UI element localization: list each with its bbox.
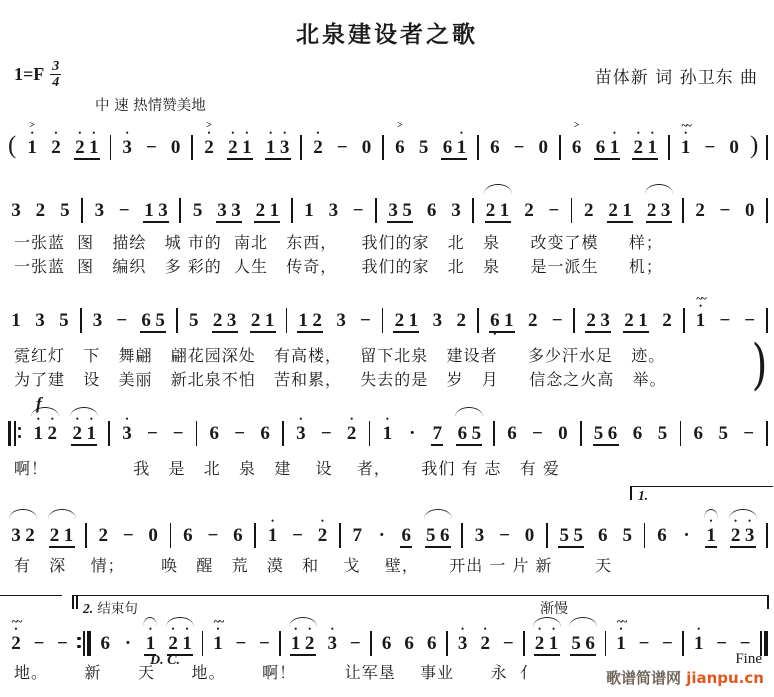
volta-2-bracket: 2. 结束句: [72, 595, 769, 618]
note-group: −: [549, 293, 566, 338]
note-digit: 6: [572, 137, 582, 159]
note-group: 6•1: [592, 120, 622, 165]
note-digit: −: [123, 525, 134, 547]
repeat-dots: [18, 427, 21, 446]
note: 5: [193, 183, 203, 228]
note-group: ~~•2: [8, 616, 24, 661]
note: −: [360, 293, 371, 338]
note: •2: [313, 120, 323, 165]
note-digit: 1: [146, 633, 156, 655]
note-group: 6: [379, 616, 395, 661]
note-digit: −: [743, 423, 754, 445]
beam-underline: [585, 331, 611, 333]
note-group: 0: [521, 508, 537, 553]
barline: [766, 523, 768, 548]
note-digit: 2: [251, 310, 261, 332]
note: −: [639, 616, 650, 661]
note: 6: [598, 508, 608, 553]
note: 5: [59, 293, 69, 338]
note-group: −: [636, 616, 653, 661]
note-digit: 6: [608, 423, 618, 445]
note-group: −: [713, 616, 730, 661]
note-group: −: [120, 508, 137, 553]
note-digit: −: [744, 310, 755, 332]
note-group: −: [256, 616, 273, 661]
note-group: 5: [57, 183, 73, 228]
note-digit: 5: [573, 525, 583, 547]
beam-underline: [143, 221, 169, 223]
note-group: 0: [742, 183, 758, 228]
note: 2: [524, 183, 534, 228]
note: ~~•1: [616, 616, 626, 661]
note-group: 2: [525, 293, 541, 338]
note-digit: 2: [51, 137, 61, 159]
note: 2: [98, 508, 108, 553]
note: 0: [558, 406, 568, 451]
beam-underline: [140, 331, 166, 333]
note: −: [116, 293, 127, 338]
note: •2: [51, 120, 61, 165]
barline: [370, 631, 372, 656]
note: 6: [657, 508, 667, 553]
note-digit: 7: [352, 525, 362, 547]
note: ~~•1: [681, 120, 691, 165]
beam-underline: [400, 546, 412, 548]
barline: [580, 421, 582, 446]
note-group: 0: [168, 120, 184, 165]
note-group: •2: [48, 120, 64, 165]
note-group: •3: [293, 406, 309, 451]
beam-underline: [216, 221, 242, 223]
note-digit: 6: [458, 423, 468, 445]
beam-underline: [250, 331, 276, 333]
beam-underline: [705, 546, 717, 548]
note-group: −: [511, 120, 528, 165]
note-group: 2: [453, 293, 469, 338]
note-digit: −: [503, 633, 514, 655]
note: −: [514, 120, 525, 165]
note-digit: 5: [419, 137, 429, 159]
note-group: •3: [455, 616, 471, 661]
note-digit: 0: [745, 200, 755, 222]
note-digit: 6: [382, 633, 392, 655]
note-group: −: [357, 293, 374, 338]
note-group: >•1: [24, 120, 40, 165]
note-digit: 2: [25, 525, 35, 547]
note-digit: 5: [426, 525, 436, 547]
beam-underline: [593, 444, 619, 446]
note: >•2: [204, 120, 214, 165]
note-group: •2•1: [225, 120, 255, 165]
note-digit: 0: [148, 525, 158, 547]
note: •1: [382, 406, 392, 451]
note-digit: 1: [266, 137, 276, 159]
note-group: −: [289, 508, 306, 553]
beam-underline: [71, 444, 97, 446]
note: −: [499, 508, 510, 553]
beam-underline: [265, 158, 291, 160]
note: 6: [183, 508, 193, 553]
beam-underline: [456, 444, 482, 446]
note: •3: [122, 406, 132, 451]
note-digit: 2: [347, 423, 357, 445]
note-group: •3: [119, 406, 135, 451]
note: ·: [377, 508, 387, 553]
note-digit: −: [548, 200, 559, 222]
note-group: −: [741, 293, 758, 338]
note-group: ·: [404, 406, 420, 451]
note-digit: −: [146, 137, 157, 159]
note-digit: 2: [524, 200, 534, 222]
note-digit: 3: [433, 310, 443, 332]
volta-tick: [767, 596, 769, 609]
barline: [382, 135, 384, 160]
note-group: ~~•1: [613, 616, 629, 661]
note-digit: −: [337, 137, 348, 159]
music-line-verse-b: 1353−6552321123−21326•12−23212~~•1−−: [8, 293, 768, 339]
note: 1: [304, 183, 314, 228]
note-group: −: [716, 293, 733, 338]
note-digit: 1: [34, 423, 44, 445]
note-group: 6: [504, 406, 520, 451]
note-group: 56: [423, 508, 453, 553]
note: 1: [11, 293, 21, 338]
barline: [110, 135, 112, 160]
beam-underline: [485, 221, 511, 223]
note: 0: [171, 120, 181, 165]
note-digit: 5: [594, 423, 604, 445]
note-digit: 2: [73, 423, 83, 445]
note: 5: [658, 406, 668, 451]
note: −: [704, 120, 715, 165]
note-digit: 1: [706, 525, 716, 547]
note: 6: [693, 406, 703, 451]
note-digit: −: [532, 423, 543, 445]
note-digit: 2: [312, 310, 322, 332]
note: 6: [382, 616, 392, 661]
note-group: ·: [120, 616, 136, 661]
note-group: 12: [295, 293, 325, 338]
barline: [254, 523, 256, 548]
barline: [766, 421, 768, 446]
accent-mark: >: [574, 120, 580, 131]
note-digit: 2: [99, 525, 109, 547]
note-group: −: [529, 406, 546, 451]
note-digit: 3: [122, 137, 132, 159]
note-digit: 1: [144, 200, 154, 222]
repeat-dots: [77, 637, 80, 656]
note-digit: 5: [59, 310, 69, 332]
beam-underline: [227, 158, 253, 160]
note-digit: 3: [451, 200, 461, 222]
note: 2: [695, 183, 705, 228]
note: 0: [361, 120, 371, 165]
barline: [605, 631, 607, 656]
note: −: [207, 508, 218, 553]
final-barline: [760, 616, 768, 656]
note: ~~•1: [213, 616, 223, 661]
note-group: 6: [180, 508, 196, 553]
note: 3: [475, 508, 485, 553]
note-digit: 1: [694, 633, 704, 655]
note-group: 6: [487, 120, 503, 165]
note-digit: 2: [204, 137, 214, 159]
note-digit: −: [34, 633, 45, 655]
note-digit: 2: [486, 200, 496, 222]
barline: [375, 198, 377, 223]
note-digit: 5: [60, 200, 70, 222]
barline-thin: [14, 421, 16, 446]
beam-underline: [594, 158, 620, 160]
barline: [339, 523, 341, 548]
credits: 苗体新 词 孙卫东 曲: [595, 63, 758, 88]
note: −: [337, 120, 348, 165]
barline: [176, 308, 178, 333]
note-digit: 6: [233, 525, 243, 547]
note-digit: 1: [27, 137, 37, 159]
note-digit: 0: [729, 137, 739, 159]
barline: [644, 523, 646, 548]
note-digit: 3: [328, 633, 338, 655]
note-digit: ·: [379, 525, 385, 547]
note: >6: [572, 120, 582, 165]
note: •2: [347, 406, 357, 451]
note-digit: −: [662, 633, 673, 655]
note-group: 3: [472, 508, 488, 553]
note-group: 3: [333, 293, 349, 338]
note-group: −: [143, 120, 160, 165]
note-group: −: [170, 406, 187, 451]
note-digit: −: [350, 633, 361, 655]
note: 0: [538, 120, 548, 165]
watermark-site: 歌谱简谱网: [606, 669, 686, 687]
note-group: −: [231, 406, 248, 451]
barline: [369, 421, 371, 446]
barline: [446, 631, 448, 656]
barline: [559, 135, 561, 160]
beam-underline: [74, 158, 100, 160]
note-group: ~~•1: [693, 293, 709, 338]
ritardando-marking: 渐慢: [540, 598, 568, 618]
note-group: 6: [630, 406, 646, 451]
note-digit: 1: [11, 310, 21, 332]
note-digit: 2: [528, 310, 538, 332]
beam-underline: [290, 654, 316, 656]
barline: [170, 523, 172, 548]
note: −: [123, 508, 134, 553]
note-digit: 1: [504, 310, 514, 332]
note: 6: [209, 406, 219, 451]
note: −: [716, 616, 727, 661]
note-group: •2: [314, 508, 330, 553]
note: 6: [404, 616, 414, 661]
note-group: >•2: [201, 120, 217, 165]
note: 5: [189, 293, 199, 338]
note-group: −: [496, 508, 513, 553]
note-group: 56: [591, 406, 621, 451]
note: 3: [94, 183, 104, 228]
note-group: •2•1: [630, 120, 660, 165]
note-digit: 2: [457, 310, 467, 332]
note-digit: 2: [480, 633, 490, 655]
song-title: 北泉建设者之歌: [0, 16, 774, 49]
open-paren: (: [8, 133, 16, 158]
note-digit: 6: [490, 137, 500, 159]
note-group: 0: [555, 406, 571, 451]
note-digit: −: [321, 423, 332, 445]
note: 3: [451, 183, 461, 228]
note-digit: 6: [507, 423, 517, 445]
note-digit: 6: [101, 633, 111, 655]
note: 3: [336, 293, 346, 338]
note-group: 5: [715, 406, 731, 451]
note-group: 21: [47, 508, 77, 553]
lyric-verse2-line1: 霓红灯 下 舞翩 翩花园深处 有高楼， 留下北泉 建设者 多少汗水足 迹。: [14, 343, 768, 366]
note-digit: 5: [658, 423, 668, 445]
note-digit: 2: [647, 200, 657, 222]
note: −: [350, 616, 361, 661]
music-line-chorus-a: •1•2•2•1•3−−6−6•3−•2•1·7656−0566565−: [8, 406, 768, 452]
note-digit: 6: [210, 423, 220, 445]
note-group: 6: [206, 406, 222, 451]
note-digit: 6: [443, 137, 453, 159]
note-group: −: [659, 616, 676, 661]
note-digit: −: [116, 310, 127, 332]
note: 0: [524, 508, 534, 553]
note-digit: 2: [318, 525, 328, 547]
note-digit: 0: [362, 137, 372, 159]
volta-tick: [630, 487, 632, 500]
note-digit: 2: [584, 200, 594, 222]
note-group: 6: [398, 508, 414, 553]
volta-tick: [72, 596, 74, 609]
note-digit: 1: [242, 137, 252, 159]
note-group: −: [545, 183, 562, 228]
note-digit: 2: [313, 137, 323, 159]
beam-underline: [431, 444, 443, 446]
barline: [546, 523, 548, 548]
note: 6: [427, 616, 437, 661]
note-digit: 6: [395, 137, 405, 159]
note-digit: 7: [433, 423, 443, 445]
note: 3: [35, 293, 45, 338]
note-group: 6: [595, 508, 611, 553]
note-group: 0: [726, 120, 742, 165]
note-digit: 3: [475, 525, 485, 547]
lyric-chorus-line2: 有 深 情； 唤 醒 荒 漠 和 戈 壁， 开出 一 片 新 天: [14, 553, 768, 576]
note: −: [720, 183, 731, 228]
note-digit: 2: [395, 310, 405, 332]
lyric-verse1-line1: 一张蓝 图 描绘 城 市的 南北 东西， 我们的家 北 泉 改变了模 样；: [14, 230, 768, 253]
note-group: •2: [477, 616, 493, 661]
barline: [191, 135, 193, 160]
note-group: 0: [358, 120, 374, 165]
sheet-music-page: 北泉建设者之歌 1=F 3 4 苗体新 词 孙卫东 曲 中 速 热情赞美地 (>…: [0, 0, 774, 697]
barline: [477, 135, 479, 160]
note-digit: 0: [171, 137, 181, 159]
note-digit: 3: [217, 200, 227, 222]
note-digit: −: [173, 423, 184, 445]
note: −: [259, 616, 270, 661]
note: ~~•1: [696, 293, 706, 338]
note-digit: 3: [745, 525, 755, 547]
repeat-dot: [18, 435, 21, 438]
note-digit: 1: [638, 310, 648, 332]
note-group: 3: [8, 183, 24, 228]
barline: [108, 421, 110, 446]
note-group: ~~•1: [210, 616, 226, 661]
note-group: 21: [621, 293, 651, 338]
note-digit: 1: [383, 423, 393, 445]
note: −: [532, 406, 543, 451]
music-line-ending: ~~•2−−6·•1•2•1~~•1−−•1•2•3−666•3•2−•2•15…: [8, 616, 768, 662]
note-digit: 1: [696, 310, 706, 332]
note-group: 55: [556, 508, 586, 553]
beam-underline: [558, 546, 584, 548]
note-group: 6: [424, 616, 440, 661]
note-digit: 2: [256, 200, 266, 222]
note: −: [548, 183, 559, 228]
note: −: [503, 616, 514, 661]
note-digit: 3: [122, 423, 132, 445]
note: 6: [633, 406, 643, 451]
note-digit: 3: [35, 310, 45, 332]
note: −: [147, 406, 158, 451]
note-group: 21: [252, 183, 282, 228]
note-group: 21: [248, 293, 278, 338]
beam-underline: [297, 331, 323, 333]
barline-thick: [764, 631, 767, 656]
note-group: −: [204, 508, 221, 553]
note-digit: 6: [141, 310, 151, 332]
note: 5: [419, 120, 429, 165]
note-digit: 6: [596, 137, 606, 159]
barline: [477, 308, 479, 333]
note: −: [34, 616, 45, 661]
note-group: •2•1: [72, 120, 102, 165]
note-digit: −: [207, 525, 218, 547]
note-group: −: [144, 406, 161, 451]
note: 5: [622, 508, 632, 553]
note-group: 6: [690, 406, 706, 451]
note-digit: 5: [402, 200, 412, 222]
note-digit: 6: [427, 633, 437, 655]
note-digit: −: [499, 525, 510, 547]
note: 6: [260, 406, 270, 451]
note-digit: 3: [661, 200, 671, 222]
note-group: 5: [186, 293, 202, 338]
note-group: 3: [91, 183, 107, 228]
beam-underline: [534, 654, 560, 656]
note-group: −: [233, 616, 250, 661]
note-group: −: [500, 616, 517, 661]
beam-underline: [632, 158, 658, 160]
note-group: >6: [569, 120, 585, 165]
music-line-chorus-b: 32212−06−6•1−•27·6563−055656·•1•2•3: [8, 508, 768, 554]
note-group: ~~•1: [678, 120, 694, 165]
note-group: 56: [568, 616, 598, 661]
beam-underline: [623, 331, 649, 333]
note-group: 5: [56, 293, 72, 338]
note: •3: [296, 406, 306, 451]
note: −: [662, 616, 673, 661]
barline: [683, 308, 685, 333]
note-group: 3: [32, 293, 48, 338]
note: 3: [11, 183, 21, 228]
note-group: •1•3: [263, 120, 293, 165]
note-digit: 3: [158, 200, 168, 222]
note-group: 6: [401, 616, 417, 661]
